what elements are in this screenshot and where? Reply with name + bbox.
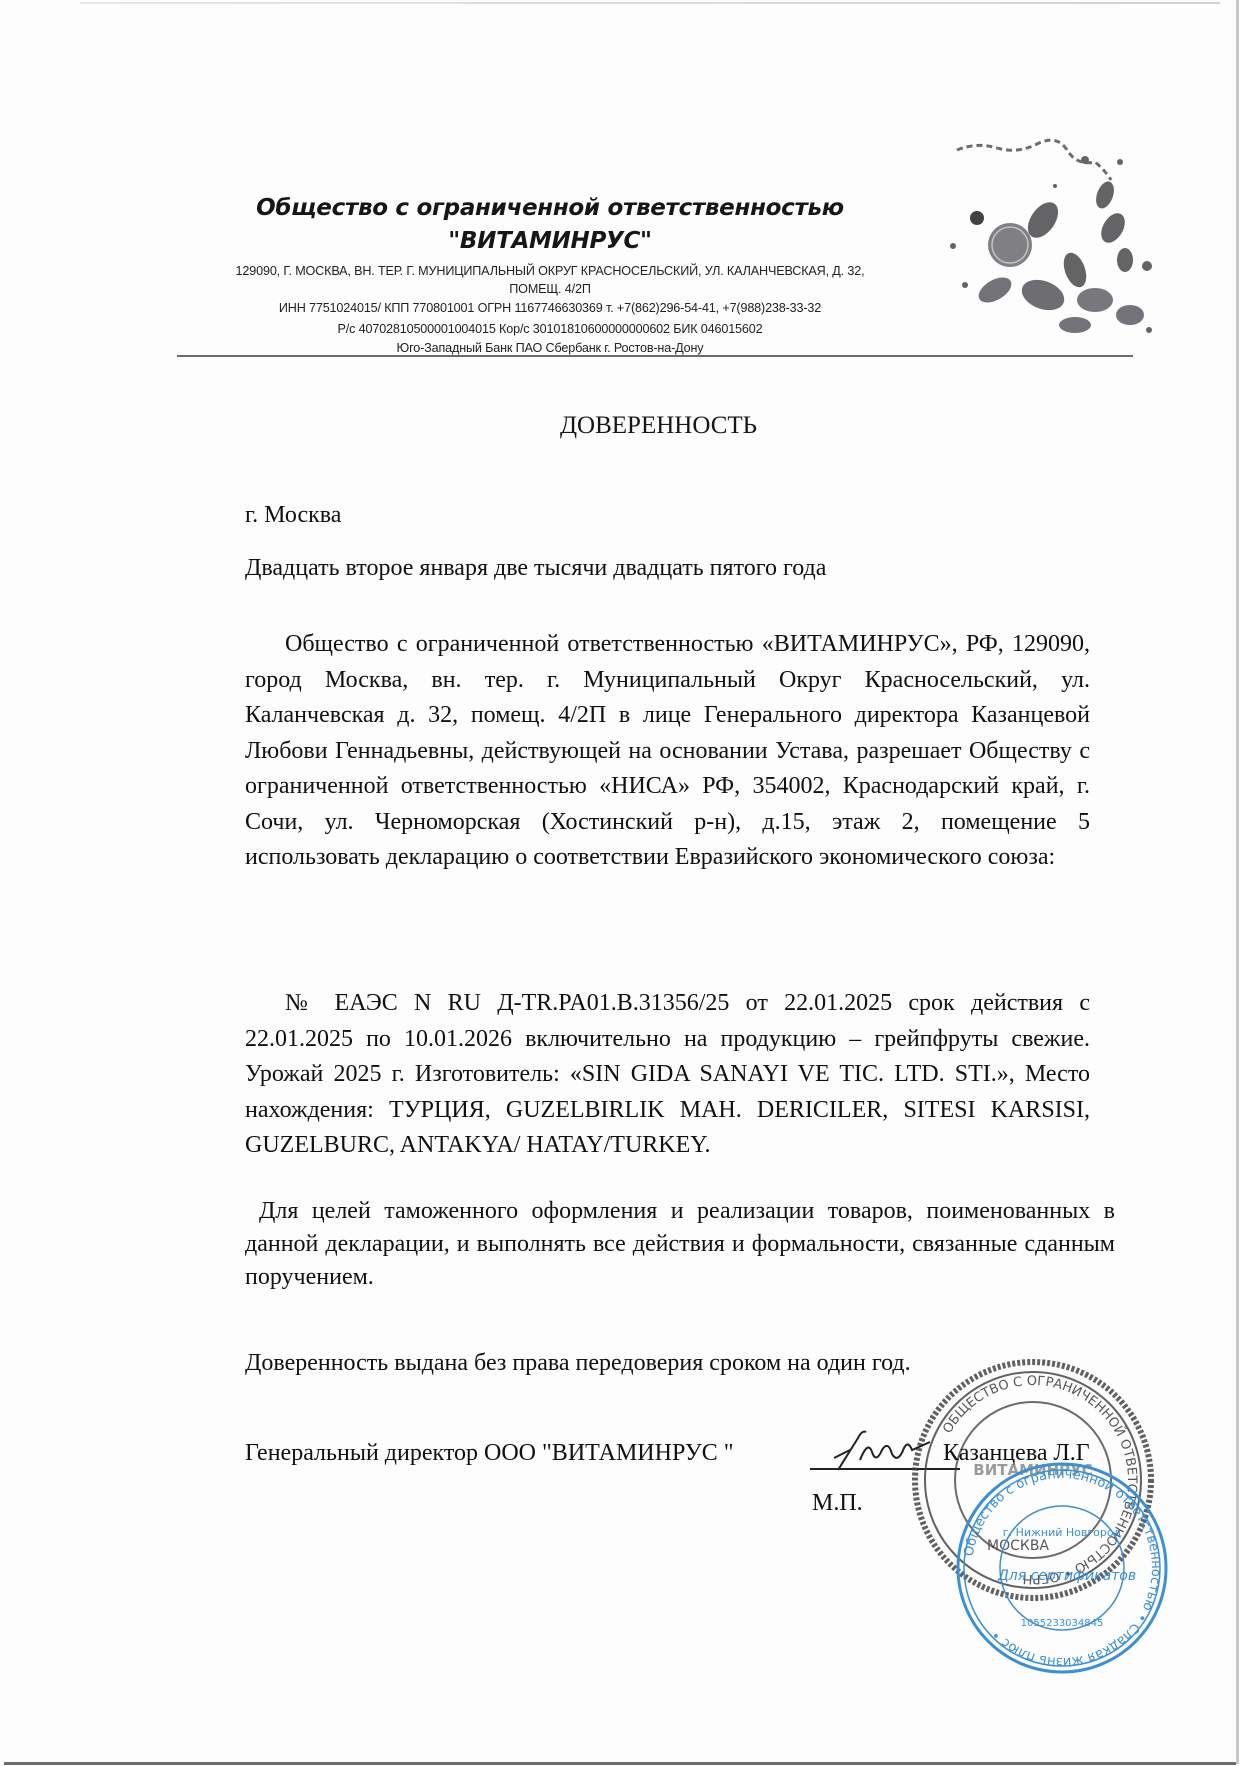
letterhead-bank-name: Юго-Западный Банк ПАО Сбербанк г. Ростов… [170, 341, 930, 355]
blue-stamp-center: Для сертификатов [997, 1568, 1136, 1584]
letterhead-requisites: ИНН 7751024015/ КПП 770801001 ОГРН 11677… [170, 301, 930, 315]
seal-label: М.П. [812, 1490, 863, 1517]
validity-statement: Доверенность выдана без права передовери… [245, 1350, 911, 1377]
letterhead-org-name: "ВИТАМИНРУС" [170, 228, 930, 254]
blue-stamp-inner: г. Нижний Новгород [1003, 1526, 1122, 1539]
letterhead-org-type: Общество с ограниченной ответственностью [170, 195, 930, 221]
letterhead-address-line1: 129090, Г. МОСКВА, ВН. ТЕР. Г. МУНИЦИПАЛ… [170, 264, 930, 278]
letterhead-divider [177, 355, 1133, 357]
document-date: Двадцать второе января две тысячи двадца… [245, 555, 826, 582]
signatory-label: Генеральный директор ООО "ВИТАМИНРУС " [245, 1440, 734, 1467]
page-edge-right [1236, 0, 1239, 1764]
document-title: ДОВЕРЕННОСТЬ [560, 412, 757, 440]
letterhead-bank-accounts: Р/с 40702810500001004015 Кор/с 301018106… [170, 322, 930, 336]
blue-stamp-ogrn: 1055233034845 [1021, 1618, 1104, 1629]
paragraph-grantor: Общество с ограниченной ответственностью… [245, 627, 1090, 876]
paragraph-purpose: Для целей таможенного оформления и реали… [245, 1195, 1115, 1294]
page-edge-top [80, 2, 1220, 4]
letterhead-address-line2: ПОМЕЩ. 4/2П [170, 282, 930, 296]
fruit-splash-logo-icon [935, 120, 1155, 345]
signature-icon [820, 1420, 940, 1480]
page-edge-bottom [4, 1762, 1236, 1765]
paragraph-declaration: № ЕАЭС N RU Д-TR.PA01.B.31356/25 от 22.0… [245, 986, 1090, 1164]
document-city: г. Москва [245, 502, 341, 529]
certification-stamp-icon: Общество с ограниченной ответственностью… [952, 1458, 1172, 1678]
signatory-name: Казанцева Л.Г [943, 1440, 1090, 1467]
